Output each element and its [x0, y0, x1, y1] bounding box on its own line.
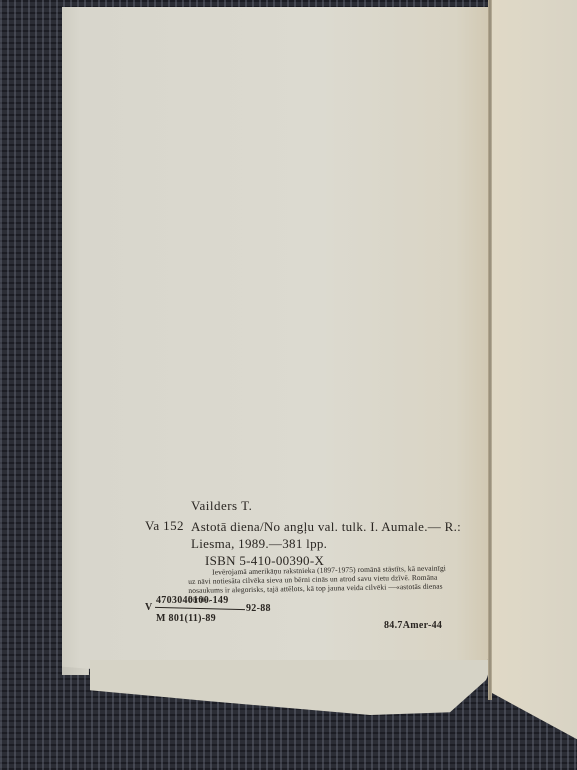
catalog-imprint: Vailders T. Va 152 Astotā diena/No angļu… — [0, 0, 577, 770]
bibliographic-entry: Astotā diena/No angļu val. tulk. I. Auma… — [191, 518, 491, 569]
classification-code: 84.7Amer-44 — [384, 620, 442, 631]
code-numerator: 4703040100-149 — [156, 595, 229, 606]
fraction-rule — [155, 607, 245, 610]
publication-code: V 4703040100-149 92-88 M 801(11)-89 — [145, 595, 285, 635]
author-name: Vailders T. — [191, 498, 252, 514]
code-denominator: M 801(11)-89 — [156, 613, 216, 624]
code-suffix: 92-88 — [246, 603, 271, 614]
biblio-publisher-line: Liesma, 1989.—381 lpp. — [191, 535, 491, 552]
biblio-title-line: Astotā diena/No angļu val. tulk. I. Auma… — [191, 518, 491, 535]
call-number: Va 152 — [145, 518, 184, 534]
code-letter: V — [145, 602, 152, 613]
